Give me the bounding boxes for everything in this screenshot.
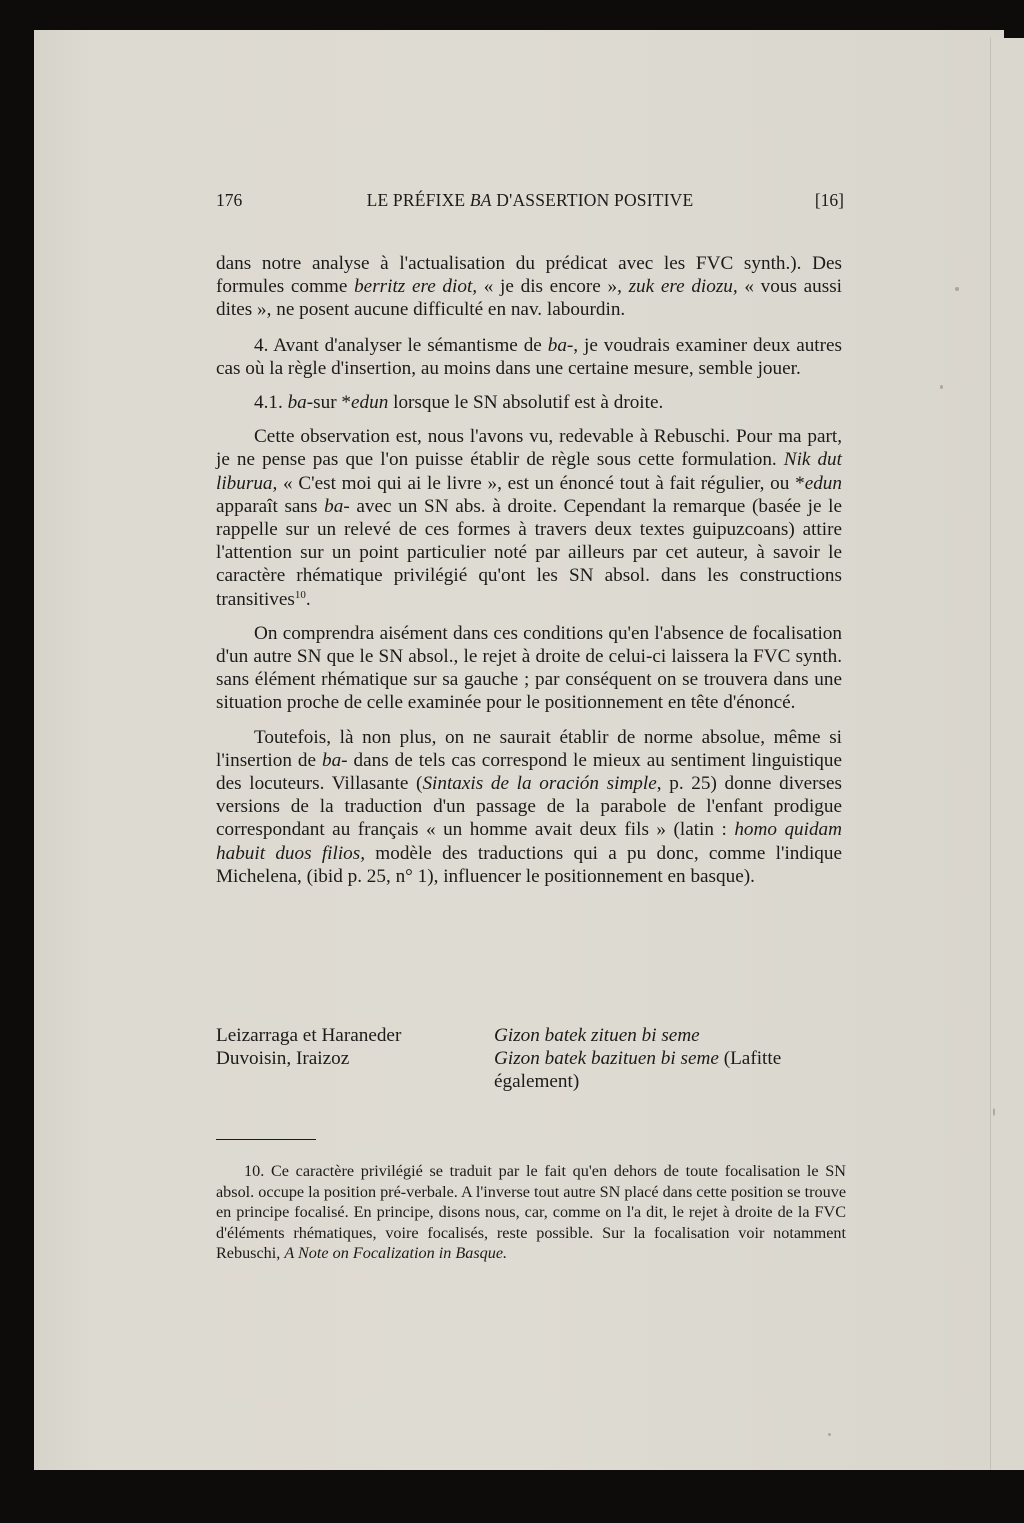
facing-page-edge: [990, 38, 1024, 1470]
example-phrase: Gizon batek zituen bi seme: [494, 1024, 842, 1047]
paragraph: Cette observation est, nous l'avons vu, …: [216, 425, 842, 611]
text-run: 4. Avant d'analyser le sémantisme de: [254, 335, 548, 356]
running-title-italic: BA: [470, 190, 492, 210]
italic-term: Sintaxis de la oración simple: [422, 773, 656, 794]
footnotes: 10. Ce caractère privilégié se traduit p…: [216, 1161, 846, 1264]
text-run: apparaît sans: [216, 496, 324, 517]
italic-term: ba-: [548, 335, 574, 356]
running-title: LE PRÉFIXE BA D'ASSERTION POSITIVE: [216, 190, 844, 211]
subsection-heading-4-1: 4.1. ba-sur *edun lorsque le SN absoluti…: [216, 391, 842, 414]
paragraph-section-4: 4. Avant d'analyser le sémantisme de ba-…: [216, 334, 842, 380]
italic-term: edun: [805, 473, 842, 494]
paragraph: On comprendra aisément dans ces conditio…: [216, 622, 842, 715]
example-phrase-basque: Gizon batek bazituen bi seme: [494, 1048, 719, 1069]
example-authors: Leizarraga et Haraneder: [216, 1024, 494, 1047]
paper-speck: [940, 385, 943, 389]
paper-speck: [955, 287, 959, 291]
paragraph: dans notre analyse à l'actualisation du …: [216, 252, 842, 322]
running-title-prefix: LE PRÉFIXE: [367, 190, 470, 210]
example-phrase-basque: Gizon batek zituen bi seme: [494, 1025, 700, 1046]
footnote-ref[interactable]: 10: [295, 589, 306, 601]
body-text: dans notre analyse à l'actualisation du …: [216, 252, 842, 899]
text-run: On comprendra aisément dans ces conditio…: [216, 623, 842, 714]
italic-term: edun: [351, 392, 388, 413]
example-row: Duvoisin, Iraizoz Gizon batek bazituen b…: [216, 1047, 842, 1093]
paper-speck: [993, 1108, 995, 1116]
section-number: [16]: [815, 190, 844, 211]
italic-term: ba: [288, 392, 307, 413]
running-title-suffix: D'ASSERTION POSITIVE: [492, 190, 694, 210]
example-phrase: Gizon batek bazituen bi seme (Lafitte ég…: [494, 1047, 842, 1093]
italic-term: ba-: [322, 750, 348, 771]
translation-examples: Leizarraga et Haraneder Gizon batek zitu…: [216, 1024, 842, 1093]
paragraph: Toutefois, là non plus, on ne saurait ét…: [216, 726, 842, 888]
italic-term: zuk ere diozu,: [629, 276, 738, 297]
text-run: « je dis encore »,: [477, 276, 629, 297]
text-run: -sur *: [307, 392, 351, 413]
text-run: 4.1.: [254, 392, 288, 413]
footnote-10: 10. Ce caractère privilégié se traduit p…: [216, 1161, 846, 1264]
footnote-separator: [216, 1139, 316, 1140]
example-authors: Duvoisin, Iraizoz: [216, 1047, 494, 1093]
text-run: « C'est moi qui ai le livre », est un én…: [277, 473, 804, 494]
text-run: .: [306, 589, 311, 610]
italic-term: berritz ere diot,: [354, 276, 477, 297]
example-row: Leizarraga et Haraneder Gizon batek zitu…: [216, 1024, 842, 1047]
italic-term: ba-: [324, 496, 350, 517]
text-run: Cette observation est, nous l'avons vu, …: [216, 426, 842, 470]
running-header: 176 LE PRÉFIXE BA D'ASSERTION POSITIVE […: [216, 190, 844, 214]
text-run: lorsque le SN absolutif est à droite.: [388, 392, 663, 413]
italic-term: A Note on Focalization in Basque.: [284, 1244, 507, 1262]
paper-speck: [828, 1433, 831, 1436]
